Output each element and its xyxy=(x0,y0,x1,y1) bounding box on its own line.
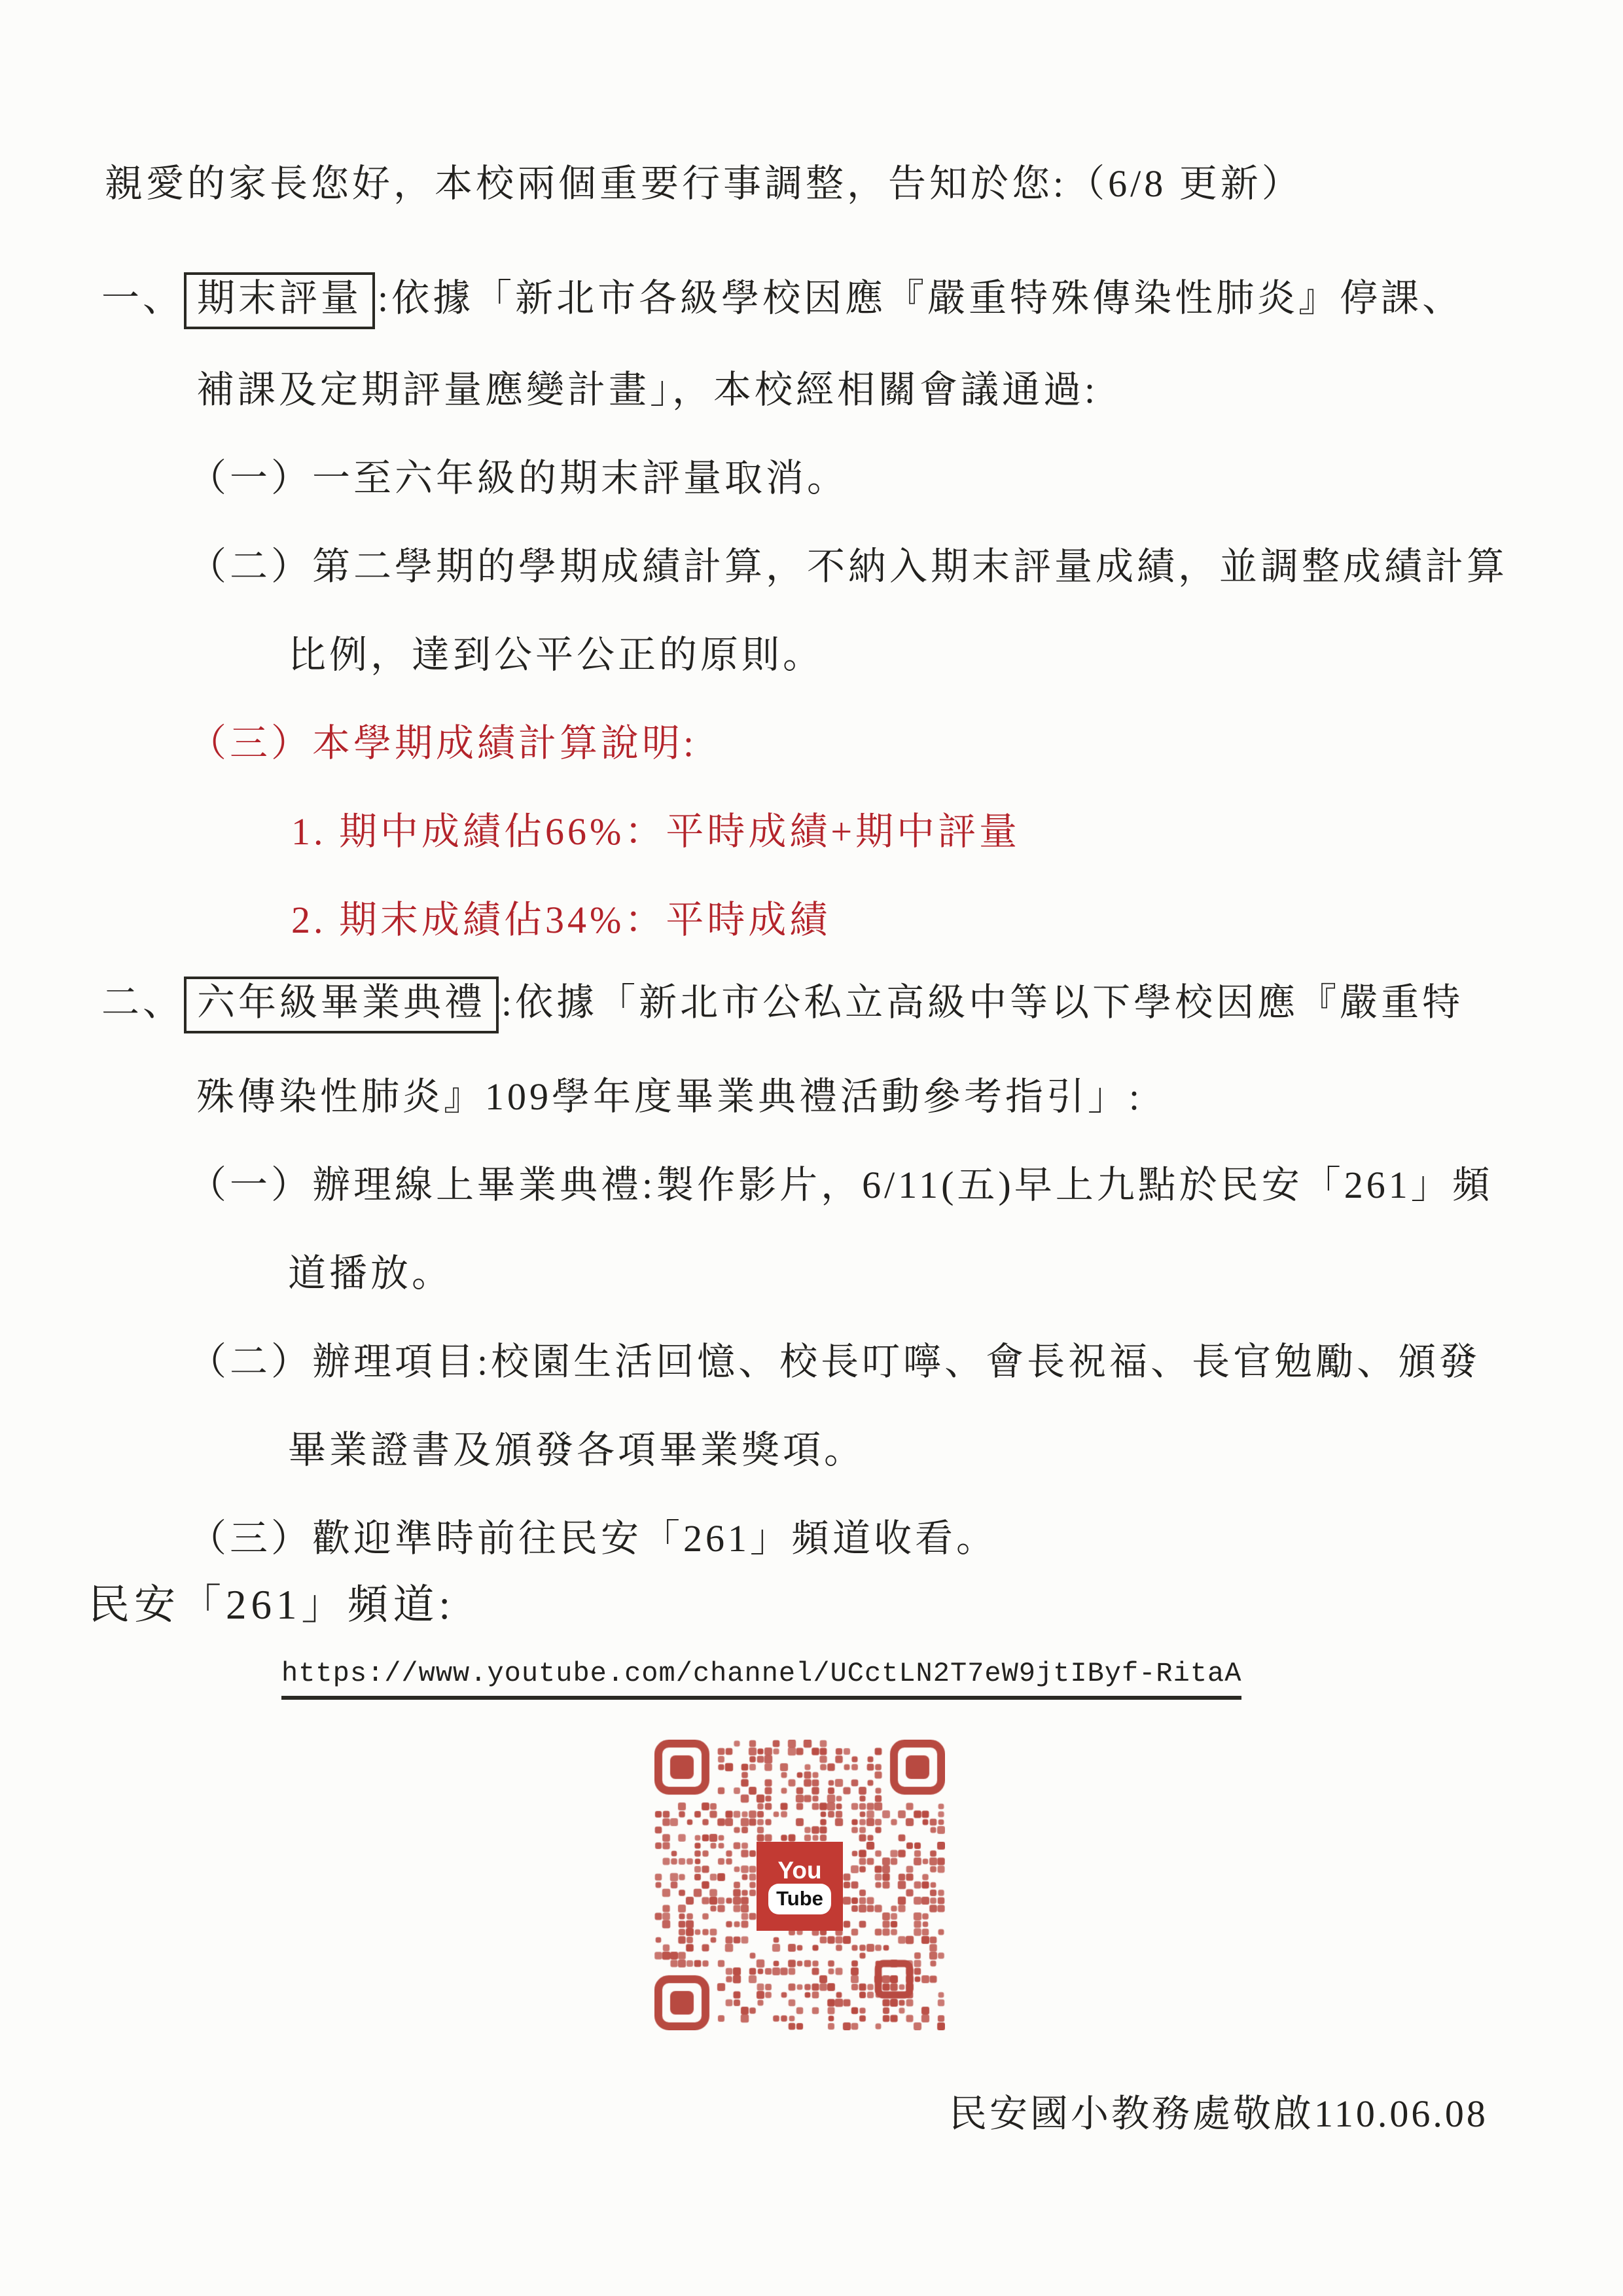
section-2-heading: 二、六年級畢業典禮:依據「新北市公私立高級中等以下學校因應『嚴重特 xyxy=(101,977,1463,1033)
scanned-notice-page: 親愛的家長您好，本校兩個重要行事調整，告知於您:（6/8 更新） 一、期末評量:… xyxy=(0,0,1623,2296)
section-1-sub2-cont: 比例，達到公平公正的原則。 xyxy=(288,630,824,679)
signature-line: 民安國小教務處敬啟110.06.08 xyxy=(949,2083,1488,2138)
section-2-intro: :依據「新北市公私立高級中等以下學校因應『嚴重特 xyxy=(501,981,1463,1024)
channel-label: 民安「261」頻道: xyxy=(88,1579,455,1632)
section-1-sub2: （二）第二學期的學期成績計算，不納入期末評量成績，並調整成績計算 xyxy=(188,542,1508,591)
final-exam-box-label: 期末評量 xyxy=(184,272,375,329)
section-1-heading: 一、期末評量:依據「新北市各級學校因應『嚴重特殊傳染性肺炎』停課、 xyxy=(101,272,1463,329)
grade-note-1: 1. 期中成績佔66%：平時成績+期中評量 xyxy=(291,807,1020,856)
section-2-sub1: （一）辦理線上畢業典禮:製作影片，6/11(五)早上九點於民安「261」頻 xyxy=(188,1160,1493,1210)
section-2-intro-cont: 殊傳染性肺炎』109學年度畢業典禮活動參考指引」: xyxy=(196,1072,1143,1121)
youtube-channel-link[interactable]: https://www.youtube.com/channel/UCctLN2T… xyxy=(281,1658,1241,1700)
section-2-sub2-cont: 畢業證書及頒發各項畢業獎項。 xyxy=(288,1426,865,1475)
section-1-intro-cont: 補課及定期評量應變計畫」，本校經相關會議通過: xyxy=(196,365,1098,414)
section-2-sub1-cont: 道播放。 xyxy=(288,1249,453,1298)
section-1-sub3: （三）本學期成績計算說明: xyxy=(188,719,697,768)
graduation-box-label: 六年級畢業典禮 xyxy=(184,977,499,1033)
grade-note-2: 2. 期末成績佔34%：平時成績 xyxy=(291,895,830,944)
section-2-sub3: （三）歡迎準時前往民安「261」頻道收看。 xyxy=(188,1514,997,1563)
section-1-sub1: （一）一至六年級的期末評量取消。 xyxy=(188,454,848,503)
channel-url-line: https://www.youtube.com/channel/UCctLN2T… xyxy=(281,1658,1241,1689)
section-2-sub2: （二）辦理項目:校園生活回憶、校長叮嚀、會長祝福、長官勉勵、頒發 xyxy=(188,1337,1480,1386)
section-1-marker: 一、 xyxy=(101,277,184,319)
section-1-intro: :依據「新北市各級學校因應『嚴重特殊傳染性肺炎』停課、 xyxy=(378,277,1463,319)
youtube-logo: You Tube xyxy=(757,1842,843,1931)
youtube-logo-tube: Tube xyxy=(768,1884,831,1914)
youtube-logo-you: You xyxy=(777,1858,821,1882)
section-2-marker: 二、 xyxy=(101,981,184,1024)
greeting-line: 親愛的家長您好，本校兩個重要行事調整，告知於您:（6/8 更新） xyxy=(105,159,1303,208)
